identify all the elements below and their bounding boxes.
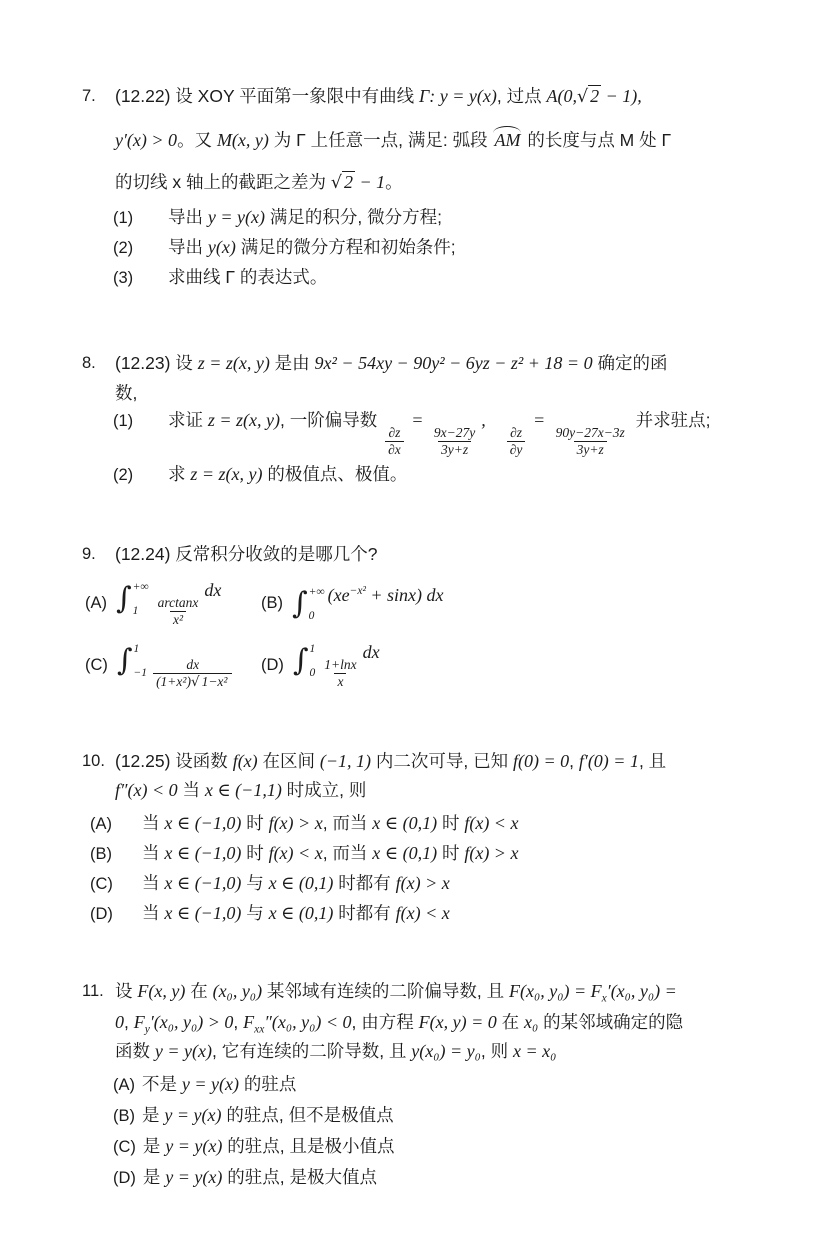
option-cell: (D)∫101+lnxxdx (261, 641, 782, 690)
math-run: F(x, y) = 0 (419, 1012, 497, 1032)
option-cell: (C)∫1−1dx(1+x²)√1−x² (85, 641, 261, 690)
problem-number: 9. (82, 543, 96, 566)
math-run: x ∈ (−1,1) (205, 780, 282, 800)
text-run: 当 (142, 873, 164, 893)
option-label: (D) (113, 1169, 136, 1187)
math-run: F(x, y) (137, 981, 185, 1001)
math-run: x ∈ (0,1) (269, 873, 334, 893)
text-run: 求 (168, 464, 190, 484)
text-run: 时都有 (333, 903, 395, 923)
math-run: F (134, 1012, 145, 1032)
integral: ∫+∞1 (116, 580, 149, 618)
math-run: F(x₀, y₀) = F (509, 981, 602, 1001)
fraction-numerator: ∂z (385, 425, 403, 441)
math-run: y = y(x) (182, 1074, 239, 1094)
problem-row: (A)当 x ∈ (−1,0) 时 f(x) > x, 而当 x ∈ (0,1)… (90, 812, 782, 836)
math-run: ∂y (510, 442, 523, 457)
integral-glyph: ∫ (293, 642, 309, 680)
math-run: y(x) (208, 237, 236, 257)
text-run: , 则 (481, 1041, 513, 1061)
option-label: (A) (90, 813, 142, 836)
option-content: ∫101+lnxxdx (293, 641, 380, 690)
math-run: 1−x² (202, 674, 228, 689)
radicand: 2 (342, 171, 355, 192)
math-run: 90y−27x−3z (556, 425, 625, 440)
math-run: x = x₀ (513, 1041, 556, 1061)
row-content: f″(x) < 0 当 x ∈ (−1,1) 时成立, 则 (115, 780, 366, 800)
text-run: , 过点 (497, 86, 547, 106)
text-run: 并求驻点; (631, 410, 711, 430)
lower-limit: 1 (133, 605, 149, 617)
math-run: 9x−27y (434, 425, 475, 440)
row-content: (12.24) 反常积分收敛的是哪几个? (115, 544, 378, 564)
problem-9: 9.(12.24) 反常积分收敛的是哪几个?(A)∫+∞1arctanxx²dx… (82, 543, 782, 690)
option-content: ∫+∞1arctanxx²dx (116, 579, 221, 628)
row-content: y′(x) > 0。又 M(x, y) 为 Γ 上任意一点, 满足: 弧段 AM… (115, 130, 671, 150)
text-run: 当 (178, 780, 205, 800)
superscript: −x² (350, 585, 366, 597)
text-run: 内二次可导, 已知 (371, 751, 513, 771)
fraction: ∂z∂x (385, 425, 404, 458)
math-run: dx (204, 580, 221, 600)
math-run: (−1, 1) (320, 751, 371, 771)
row-content: 是 y = y(x) 的驻点, 但不是极值点 (142, 1105, 394, 1125)
text-run: , 而当 (323, 813, 373, 833)
math-run: 0 (115, 1012, 124, 1032)
problem-number: 11. (82, 980, 104, 1003)
math-run: dx (186, 657, 199, 672)
sqrt-expression: √2 (331, 172, 355, 192)
row-content: 导出 y(x) 满足的微分方程和初始条件; (168, 237, 456, 257)
math-run: 2 (344, 172, 353, 192)
text-run: 某邻域有连续的二阶偏导数, 且 (262, 981, 509, 1001)
fraction-denominator: x² (170, 611, 186, 628)
math-run: − 1 (355, 172, 385, 192)
text-run: (12.23) 设 (115, 353, 198, 373)
problem-row: f″(x) < 0 当 x ∈ (−1,1) 时成立, 则 (115, 779, 782, 802)
row-content: 当 x ∈ (−1,0) 时 f(x) < x, 而当 x ∈ (0,1) 时 … (142, 843, 518, 863)
math-run: 9x² − 54xy − 90y² − 6yz − z² + 18 = 0 (315, 353, 593, 373)
math-run: (1+x²) (156, 674, 191, 689)
option-label: (C) (90, 873, 142, 896)
text-run: 满足的微分方程和初始条件; (236, 237, 456, 257)
row-content: 的切线 x 轴上的截距之差为 √2 − 1。 (115, 172, 403, 192)
math-run: f(x) > x (464, 843, 518, 863)
math-run: f(x) < x (464, 813, 518, 833)
math-run: A(0, (546, 86, 577, 106)
option-label: (A) (85, 592, 107, 615)
row-content: 设 F(x, y) 在 (x₀, y₀) 某邻域有连续的二阶偏导数, 且 F(x… (115, 981, 677, 1001)
problem-row: (B)当 x ∈ (−1,0) 时 f(x) < x, 而当 x ∈ (0,1)… (90, 842, 782, 866)
integral: ∫10 (293, 642, 315, 680)
fraction-numerator: 9x−27y (431, 425, 478, 441)
math-run: f″(x) < 0 (115, 780, 178, 800)
text-run: 时 (241, 843, 268, 863)
radical-glyph: √ (577, 87, 588, 107)
radical-glyph: √ (191, 674, 200, 690)
problem-row: (C)∫1−1dx(1+x²)√1−x²(D)∫101+lnxxdx (85, 641, 782, 690)
text-run: 时 (437, 813, 464, 833)
lower-limit: 0 (310, 667, 316, 679)
math-run: y′(x) > 0 (115, 130, 177, 150)
fraction-denominator: x (334, 673, 346, 690)
text-run: 函数 (115, 1041, 155, 1061)
text-run: 的驻点, 且是极小值点 (222, 1136, 394, 1156)
fraction: dx(1+x²)√1−x² (153, 657, 232, 690)
problem-row: 9.(12.24) 反常积分收敛的是哪几个? (82, 543, 782, 566)
math-run: f(x) > x (396, 873, 450, 893)
text-run: , 一阶偏导数 (280, 410, 382, 430)
text-run: 时 (241, 813, 268, 833)
upper-limit: +∞ (133, 581, 149, 593)
row-content: 当 x ∈ (−1,0) 与 x ∈ (0,1) 时都有 f(x) < x (142, 903, 450, 923)
text-run: 在区间 (258, 751, 320, 771)
math-run: = (407, 410, 428, 430)
text-run: 导出 (168, 237, 208, 257)
text-run: 设 (115, 981, 137, 1001)
math-run: x (337, 674, 343, 689)
row-content: 是 y = y(x) 的驻点, 且是极小值点 (143, 1136, 395, 1156)
option-label: (B) (261, 592, 283, 615)
integral-glyph: ∫ (292, 585, 308, 623)
math-run: x² (173, 612, 183, 627)
subscript: xx (254, 1024, 264, 1036)
problem-row: (A)不是 y = y(x) 的驻点 (113, 1073, 782, 1097)
text-run: 当 (142, 843, 164, 863)
problem-row: 的切线 x 轴上的截距之差为 √2 − 1。 (115, 171, 782, 195)
math-run: = (528, 410, 549, 430)
row-content: 不是 y = y(x) 的驻点 (142, 1074, 296, 1094)
text-run: 在 (185, 981, 212, 1001)
text-run: , 它有连续的二阶导数, 且 (212, 1041, 411, 1061)
text-run: , 由方程 (352, 1012, 419, 1032)
item-label: (1) (113, 207, 168, 230)
radicand: 1−x² (200, 673, 230, 689)
problem-10: 10.(12.25) 设函数 f(x) 在区间 (−1, 1) 内二次可导, 已… (82, 750, 782, 926)
problem-row: (1)求证 z = z(x, y), 一阶偏导数 ∂z∂x = 9x−27y3y… (113, 409, 782, 458)
text-run: (12.22) 设 XOY 平面第一象限中有曲线 (115, 86, 419, 106)
problem-row: (2)导出 y(x) 满足的微分方程和初始条件; (113, 236, 782, 260)
problem-row: (B)是 y = y(x) 的驻点, 但不是极值点 (113, 1104, 782, 1128)
option-cell: (A)∫+∞1arctanxx²dx (85, 579, 261, 628)
problem-row: (1)导出 y = y(x) 满足的积分, 微分方程; (113, 206, 782, 230)
row-content: 是 y = y(x) 的驻点, 是极大值点 (143, 1167, 377, 1187)
arc-expression: AM (492, 128, 522, 152)
text-run: 导出 (168, 207, 208, 227)
math-run: ∂z (388, 425, 400, 440)
fraction-numerator: 90y−27x−3z (553, 425, 628, 441)
math-run: z = z(x, y) (198, 353, 270, 373)
sqrt-expression: √2 (577, 86, 601, 106)
row-content: 求证 z = z(x, y), 一阶偏导数 ∂z∂x = 9x−27y3y+z,… (168, 410, 711, 430)
math-run: x ∈ (0,1) (372, 843, 437, 863)
integral-limits: +∞0 (309, 586, 325, 622)
option-label: (B) (113, 1107, 135, 1125)
text-run: 与 (241, 903, 268, 923)
math-run: y = y(x) (155, 1041, 212, 1061)
option-cell: (B)∫+∞0(xe−x² + sinx) dx (261, 584, 782, 623)
lower-limit: −1 (134, 667, 148, 679)
text-run: 不是 (142, 1074, 182, 1094)
math-run: y = y(x) (165, 1136, 222, 1156)
text-run: 的某邻域确定的隐 (538, 1012, 683, 1032)
integral-glyph: ∫ (116, 580, 132, 618)
text-run: , 而当 (323, 843, 373, 863)
radical-glyph: √ (331, 173, 342, 193)
problem-7: 7.(12.22) 设 XOY 平面第一象限中有曲线 Γ: y = y(x), … (82, 85, 782, 290)
math-run: x ∈ (−1,0) (164, 903, 241, 923)
math-run: f(x) (233, 751, 258, 771)
text-run: 。 (385, 172, 403, 192)
text-run: (12.25) 设函数 (115, 751, 233, 771)
text-run: 的切线 x 轴上的截距之差为 (115, 172, 331, 192)
fraction-denominator: (1+x²)√1−x² (153, 673, 232, 690)
text-run: 的长度与点 M 处 Γ (522, 130, 671, 150)
upper-limit: +∞ (309, 586, 325, 598)
option-content: ∫1−1dx(1+x²)√1−x² (117, 641, 236, 690)
problem-row: (3)求曲线 Γ 的表达式。 (113, 266, 782, 290)
integral-glyph: ∫ (117, 642, 133, 680)
math-run: M(x, y) (217, 130, 269, 150)
row-content: 函数 y = y(x), 它有连续的二阶导数, 且 y(x₀) = y₀, 则 … (115, 1041, 556, 1061)
text-run: 时成立, 则 (282, 780, 367, 800)
integral-limits: 10 (310, 643, 316, 679)
text-run: 数, (115, 383, 137, 403)
math-run: x₀ (524, 1012, 538, 1032)
math-run: ′(x₀, y₀) = (607, 981, 677, 1001)
problem-row: 10.(12.25) 设函数 f(x) 在区间 (−1, 1) 内二次可导, 已… (82, 750, 782, 773)
text-run: , (124, 1012, 134, 1032)
text-run: 是 (143, 1136, 165, 1156)
fraction-denominator: ∂x (385, 441, 404, 458)
text-run: 的驻点, 但不是极值点 (221, 1105, 393, 1125)
text-run: 的极值点、极值。 (263, 464, 408, 484)
math-run: ∂z (510, 425, 522, 440)
option-label: (D) (90, 903, 142, 926)
text-run: 是由 (270, 353, 315, 373)
math-run: z = z(x, y) (190, 464, 262, 484)
fraction-numerator: dx (183, 657, 202, 673)
problem-row: 7.(12.22) 设 XOY 平面第一象限中有曲线 Γ: y = y(x), … (82, 85, 782, 109)
row-content: (12.25) 设函数 f(x) 在区间 (−1, 1) 内二次可导, 已知 f… (115, 751, 666, 771)
problem-row: y′(x) > 0。又 M(x, y) 为 Γ 上任意一点, 满足: 弧段 AM… (115, 128, 782, 152)
math-run: ″(x₀, y₀) < 0 (264, 1012, 351, 1032)
text-run: 在 (497, 1012, 524, 1032)
integral: ∫1−1 (117, 642, 147, 680)
math-run: z = z(x, y) (208, 410, 280, 430)
radicand: 2 (588, 85, 601, 106)
fraction: ∂z∂y (507, 425, 526, 458)
row-content: 导出 y = y(x) 满足的积分, 微分方程; (168, 207, 442, 227)
fraction-numerator: 1+lnx (321, 657, 359, 673)
math-run: ∂x (388, 442, 401, 457)
text-run: 时都有 (333, 873, 395, 893)
math-run: 2 (590, 86, 599, 106)
problem-number: 10. (82, 750, 105, 773)
fraction-numerator: ∂z (507, 425, 525, 441)
row-content: (12.22) 设 XOY 平面第一象限中有曲线 Γ: y = y(x), 过点… (115, 86, 642, 106)
fraction-denominator: ∂y (507, 441, 526, 458)
row-content: 当 x ∈ (−1,0) 与 x ∈ (0,1) 时都有 f(x) > x (142, 873, 450, 893)
problem-11: 11.设 F(x, y) 在 (x₀, y₀) 某邻域有连续的二阶偏导数, 且 … (82, 980, 782, 1190)
fraction: 9x−27y3y+z (431, 425, 478, 458)
text-run: 时 (437, 843, 464, 863)
item-label: (3) (113, 267, 168, 290)
math-run: Γ: y = y(x) (419, 86, 497, 106)
row-content: 求 z = z(x, y) 的极值点、极值。 (168, 464, 407, 484)
math-run: + sinx) dx (366, 585, 444, 605)
upper-limit: 1 (310, 643, 316, 655)
text-run: 确定的函 (593, 353, 668, 373)
text-run: 当 (142, 813, 164, 833)
problem-row: (A)∫+∞1arctanxx²dx(B)∫+∞0(xe−x² + sinx) … (85, 579, 782, 628)
math-run: y(x₀) = y₀ (411, 1041, 481, 1061)
problem-number: 7. (82, 85, 96, 108)
item-label: (1) (113, 410, 168, 433)
sqrt-expression: √1−x² (191, 674, 230, 689)
integral-limits: +∞1 (133, 581, 149, 617)
option-label: (A) (113, 1076, 135, 1094)
math-run: 3y+z (577, 442, 604, 457)
row-content: 当 x ∈ (−1,0) 时 f(x) > x, 而当 x ∈ (0,1) 时 … (142, 813, 518, 833)
lower-limit: 0 (309, 610, 325, 622)
text-run: 的驻点 (239, 1074, 296, 1094)
integral: ∫+∞0 (292, 585, 325, 623)
math-run: y = y(x) (164, 1105, 221, 1125)
row-content: 求曲线 Γ 的表达式。 (168, 267, 327, 287)
math-run: x ∈ (0,1) (372, 813, 437, 833)
text-run: 是 (143, 1167, 165, 1187)
option-label: (C) (85, 654, 108, 677)
text-run: 求证 (168, 410, 208, 430)
problem-row: 数, (115, 382, 782, 405)
text-run: 与 (241, 873, 268, 893)
text-run: 为 Γ 上任意一点, 满足: 弧段 (269, 130, 493, 150)
math-run: , (481, 410, 504, 430)
problem-row: (D)是 y = y(x) 的驻点, 是极大值点 (113, 1166, 782, 1190)
text-run: 当 (142, 903, 164, 923)
math-run: (x₀, y₀) (213, 981, 262, 1001)
problem-number: 8. (82, 352, 96, 375)
row-content: 数, (115, 383, 137, 403)
upper-limit: 1 (134, 643, 148, 655)
math-run: y = y(x) (208, 207, 265, 227)
math-run: x ∈ (−1,0) (164, 843, 241, 863)
fraction-denominator: 3y+z (438, 441, 471, 458)
problem-row: (2)求 z = z(x, y) 的极值点、极值。 (113, 463, 782, 487)
math-run: ′(x₀, y₀) > 0 (150, 1012, 234, 1032)
problem-8: 8.(12.23) 设 z = z(x, y) 是由 9x² − 54xy − … (82, 352, 782, 487)
row-content: (12.23) 设 z = z(x, y) 是由 9x² − 54xy − 90… (115, 353, 667, 373)
item-label: (2) (113, 464, 168, 487)
math-run: f′(0) = 1 (579, 751, 639, 771)
text-run: 。又 (177, 130, 217, 150)
problem-row: (C)是 y = y(x) 的驻点, 且是极小值点 (113, 1135, 782, 1159)
math-run: f(x) > x (269, 813, 323, 833)
math-run: x ∈ (−1,0) (164, 873, 241, 893)
integral-limits: 1−1 (134, 643, 148, 679)
problem-row: 8.(12.23) 设 z = z(x, y) 是由 9x² − 54xy − … (82, 352, 782, 375)
fraction-denominator: 3y+z (574, 441, 607, 458)
problem-row: 0, Fy′(x₀, y₀) > 0, Fxx″(x₀, y₀) < 0, 由方… (115, 1011, 782, 1034)
math-run: 3y+z (441, 442, 468, 457)
fraction: 90y−27x−3z3y+z (553, 425, 628, 458)
math-run: f(0) = 0 (513, 751, 569, 771)
text-run: 是 (142, 1105, 164, 1125)
text-run: , 且 (639, 751, 666, 771)
document-page: 7.(12.22) 设 XOY 平面第一象限中有曲线 Γ: y = y(x), … (0, 0, 836, 1242)
problem-row: 11.设 F(x, y) 在 (x₀, y₀) 某邻域有连续的二阶偏导数, 且 … (82, 980, 782, 1003)
math-run: x ∈ (0,1) (269, 903, 334, 923)
text-run: (12.24) 反常积分收敛的是哪几个? (115, 544, 378, 564)
text-run: 求曲线 Γ 的表达式。 (168, 267, 327, 287)
math-run: (xe (328, 585, 350, 605)
problem-row: (D)当 x ∈ (−1,0) 与 x ∈ (0,1) 时都有 f(x) < x (90, 902, 782, 926)
row-content: 0, Fy′(x₀, y₀) > 0, Fxx″(x₀, y₀) < 0, 由方… (115, 1012, 683, 1032)
option-label: (D) (261, 654, 284, 677)
fraction-numerator: arctanx (155, 595, 202, 611)
item-label: (2) (113, 237, 168, 260)
option-label: (C) (113, 1138, 136, 1156)
text-run: , (233, 1012, 243, 1032)
text-run: 满足的积分, 微分方程; (265, 207, 442, 227)
option-label: (B) (90, 843, 142, 866)
problems-list: 7.(12.22) 设 XOY 平面第一象限中有曲线 Γ: y = y(x), … (82, 85, 782, 1190)
math-run: 1+lnx (324, 657, 356, 672)
fraction: 1+lnxx (321, 657, 359, 690)
fraction: arctanxx² (155, 595, 202, 628)
text-run: , (569, 751, 579, 771)
math-run: x ∈ (−1,0) (164, 813, 241, 833)
math-run: f(x) < x (396, 903, 450, 923)
option-content: ∫+∞0(xe−x² + sinx) dx (292, 584, 444, 623)
math-run: y = y(x) (165, 1167, 222, 1187)
math-run: f(x) < x (269, 843, 323, 863)
math-run: arctanx (158, 595, 199, 610)
math-run: − 1), (601, 86, 642, 106)
math-run: F (243, 1012, 254, 1032)
problem-row: (C)当 x ∈ (−1,0) 与 x ∈ (0,1) 时都有 f(x) > x (90, 872, 782, 896)
math-run: dx (363, 642, 380, 662)
text-run: 的驻点, 是极大值点 (222, 1167, 377, 1187)
problem-row: 函数 y = y(x), 它有连续的二阶导数, 且 y(x₀) = y₀, 则 … (115, 1040, 782, 1063)
